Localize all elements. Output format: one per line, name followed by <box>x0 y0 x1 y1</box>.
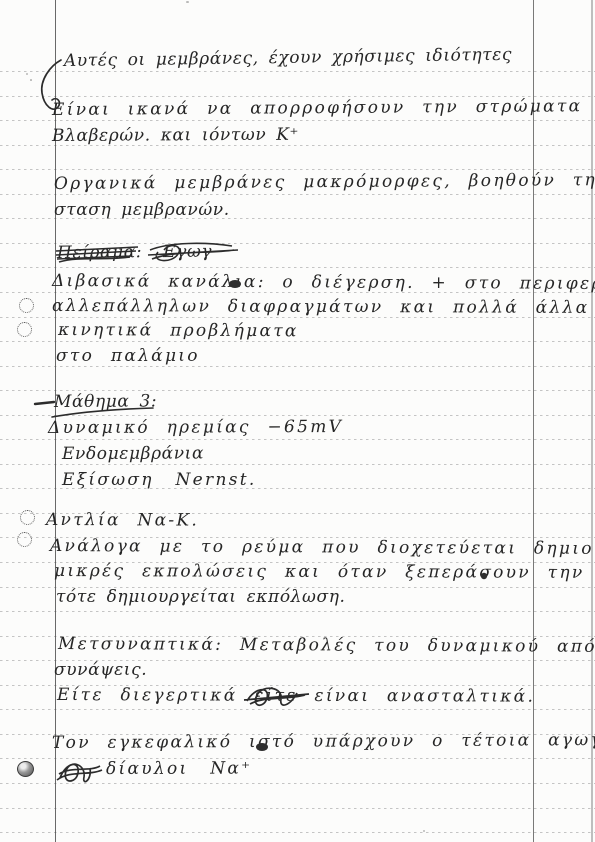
handwriting-line: συνάψεις. <box>54 661 147 681</box>
line-post-text: είναι ανασταλτικά. <box>298 686 536 707</box>
hole-punch <box>17 322 32 337</box>
na-channels-line: δίαυλοι Να⁺ <box>106 759 252 779</box>
handwriting-line-channels: Διβασικά κανάλια: ο διέγερση. + στο περι… <box>52 272 595 295</box>
scribbled-out-word: είτε <box>254 686 298 706</box>
rule-line <box>0 832 595 833</box>
lesson-heading: Μάθημα 3: <box>54 392 157 412</box>
resting-potential-line: Δυναμικό ηρεμίας −65mV <box>48 418 343 439</box>
handwriting-line: σταση μεμβρανών. <box>54 201 230 221</box>
scan-speck <box>30 79 32 81</box>
rule-line <box>0 415 595 416</box>
rule-line <box>0 267 595 268</box>
hole-punch <box>19 298 34 313</box>
postsynaptic-line: Μετσυναπτικά: Μεταβολές του δυναμικού απ… <box>58 635 595 658</box>
handwriting-line: κινητικά προβλήματα <box>58 321 299 342</box>
rule-line <box>0 709 595 710</box>
rule-line <box>0 611 595 612</box>
scan-speck <box>423 830 425 832</box>
right-margin-line <box>533 0 534 842</box>
handwriting-line: Ανάλογα με το ρεύμα που διοχετεύεται δημ… <box>50 537 595 560</box>
handwriting-line: μικρές εκπολώσεις και όταν ξεπεράσουν τη… <box>54 562 595 584</box>
rule-line <box>0 439 595 440</box>
word-scribble <box>57 764 102 781</box>
notebook-page: Αυτές οι μεμβράνες, έχουν χρήσιμες ιδιότ… <box>0 0 595 842</box>
nernst-equation-line: Εξίσωση Nernst. <box>62 471 257 491</box>
scan-speck <box>26 73 28 75</box>
rule-line <box>0 758 595 759</box>
rule-line <box>0 783 595 784</box>
handwriting-line: Οργανικά μεμβράνες μακρόμορφες, βοηθούν … <box>54 171 595 195</box>
hole-punch <box>17 761 34 777</box>
rule-line <box>0 808 595 809</box>
handwriting-line-membrane-properties: Αυτές οι μεμβράνες, έχουν χρήσιμες ιδιότ… <box>64 46 512 72</box>
handwriting-line-excitatory-inhibitory: Είτε διεγερτικά είτε είναι ανασταλτικά. <box>57 686 535 707</box>
handwriting-line: Ενδομεμβράνια <box>62 445 204 465</box>
scan-speck <box>186 1 189 3</box>
handwriting-line: στο παλάμιο <box>56 347 200 367</box>
crossed-out-heading: Πείραμα: Εγωγ <box>57 243 212 264</box>
line-pre-text: Είτε διεγερτικά <box>57 685 254 706</box>
margin-dash <box>35 402 54 404</box>
handwriting-line: αλλεπάλληλων διαφραγμάτων και πολλά άλλα… <box>52 297 595 319</box>
page-edge-line <box>591 0 593 842</box>
handwriting-line: τότε δημιουργείται εκπόλωση. <box>56 588 345 608</box>
handwriting-line: Τον εγκεφαλικό ιστό υπάρχουν ο τέτοια αγ… <box>52 731 595 754</box>
handwriting-line: Είναι ικανά να απορροφήσουν την στρώματα… <box>52 97 595 121</box>
hole-punch <box>17 532 32 547</box>
hole-punch <box>20 510 35 525</box>
handwriting-line-k-ions: Βλαβερών. και ιόντων Κ⁺ <box>52 126 299 147</box>
na-k-pump-line: Αντλία Να-Κ. <box>46 511 199 531</box>
